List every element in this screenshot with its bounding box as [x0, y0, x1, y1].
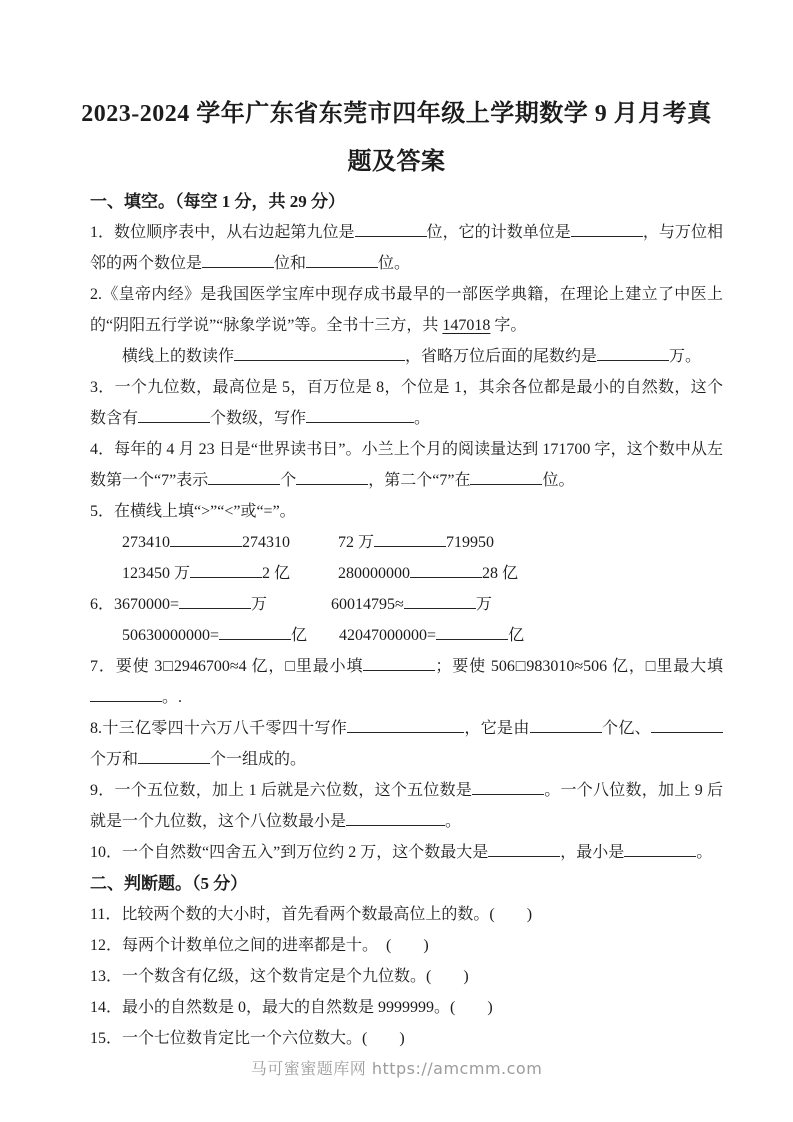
title-line-2: 题及答案	[0, 138, 793, 186]
answer-blank	[410, 562, 482, 578]
section-heading: 一、填空。（每空 1 分，共 29 分）	[90, 186, 723, 217]
question-line: 273410274310 72 万719950	[90, 527, 723, 558]
answer-blank	[202, 252, 274, 268]
question-line: 11．比较两个数的大小时，首先看两个数最高位上的数。( )	[90, 899, 723, 930]
question-line: 1．数位顺序表中，从右边起第九位是位，它的计数单位是，与万位相邻的两个数位是位和…	[90, 217, 723, 279]
underlined-number: 147018	[442, 317, 490, 334]
question-line: 4．每年的 4 月 23 日是“世界读书日”。小兰上个月的阅读量达到 17170…	[90, 434, 723, 496]
exam-body: 一、填空。（每空 1 分，共 29 分）1．数位顺序表中，从右边起第九位是位，它…	[0, 186, 793, 1054]
answer-blank	[208, 469, 280, 485]
answer-blank	[404, 593, 476, 609]
answer-blank	[651, 717, 723, 733]
question-line: 2.《皇帝内经》是我国医学宝库中现存成书最早的一部医学典籍，在理论上建立了中医上…	[90, 279, 723, 341]
document-title: 2023-2024 学年广东省东莞市四年级上学期数学 9 月月考真 题及答案	[0, 0, 793, 186]
answer-blank	[234, 345, 405, 361]
answer-blank	[306, 252, 378, 268]
question-line: 6．3670000=万 60014795≈万	[90, 589, 723, 620]
question-line: 5．在横线上填“>”“<”或“=”。	[90, 496, 723, 527]
answer-blank	[597, 345, 669, 361]
answer-blank	[190, 562, 262, 578]
answer-blank	[296, 469, 368, 485]
question-line: 123450 万2 亿 28000000028 亿	[90, 558, 723, 589]
question-line: 13．一个数含有亿级，这个数肯定是个九位数。( )	[90, 961, 723, 992]
answer-blank	[624, 841, 696, 857]
question-line: 50630000000=亿 42047000000=亿	[90, 620, 723, 651]
answer-blank	[363, 655, 435, 671]
question-line: 横线上的数读作，省略万位后面的尾数约是万。	[90, 341, 723, 372]
title-line-1: 2023-2024 学年广东省东莞市四年级上学期数学 9 月月考真	[0, 90, 793, 138]
question-line: 12．每两个计数单位之间的进率都是十。 ( )	[90, 930, 723, 961]
answer-blank	[472, 779, 544, 795]
answer-blank	[470, 469, 542, 485]
answer-blank	[347, 717, 464, 733]
answer-blank	[219, 624, 291, 640]
answer-blank	[138, 407, 210, 423]
answer-blank	[355, 221, 427, 237]
answer-blank	[179, 593, 251, 609]
answer-blank	[571, 221, 643, 237]
exam-page: 2023-2024 学年广东省东莞市四年级上学期数学 9 月月考真 题及答案 一…	[0, 0, 793, 1122]
question-line: 14．最小的自然数是 0，最大的自然数是 9999999。( )	[90, 992, 723, 1023]
question-line: 15．一个七位数肯定比一个六位数大。( )	[90, 1023, 723, 1054]
footer-site-link[interactable]: https://amcmm.com	[372, 1059, 542, 1078]
answer-blank	[488, 841, 560, 857]
answer-blank	[90, 686, 162, 702]
answer-blank	[436, 624, 508, 640]
answer-blank	[530, 717, 602, 733]
answer-blank	[306, 407, 414, 423]
question-line: 8.十三亿零四十六万八千零四十写作，它是由个亿、个万和个一组成的。	[90, 713, 723, 775]
answer-blank	[374, 531, 446, 547]
page-footer: 马可蜜蜜题库网 https://amcmm.com	[0, 1056, 793, 1079]
question-line: 3．一个九位数，最高位是 5，百万位是 8，个位是 1，其余各位都是最小的自然数…	[90, 372, 723, 434]
question-line: 9．一个五位数，加上 1 后就是六位数，这个五位数是。一个八位数，加上 9 后就…	[90, 775, 723, 837]
question-line: 10．一个自然数“四舍五入”到万位约 2 万，这个数最大是，最小是。	[90, 837, 723, 868]
answer-blank	[170, 531, 242, 547]
footer-site-label: 马可蜜蜜题库网	[251, 1059, 367, 1078]
answer-blank	[346, 810, 445, 826]
answer-blank	[138, 748, 210, 764]
section-heading: 二、判断题。（5 分）	[90, 868, 723, 899]
question-line: 7．要使 3□2946700≈4 亿，□里最小填；要使 506□983010≈5…	[90, 651, 723, 713]
